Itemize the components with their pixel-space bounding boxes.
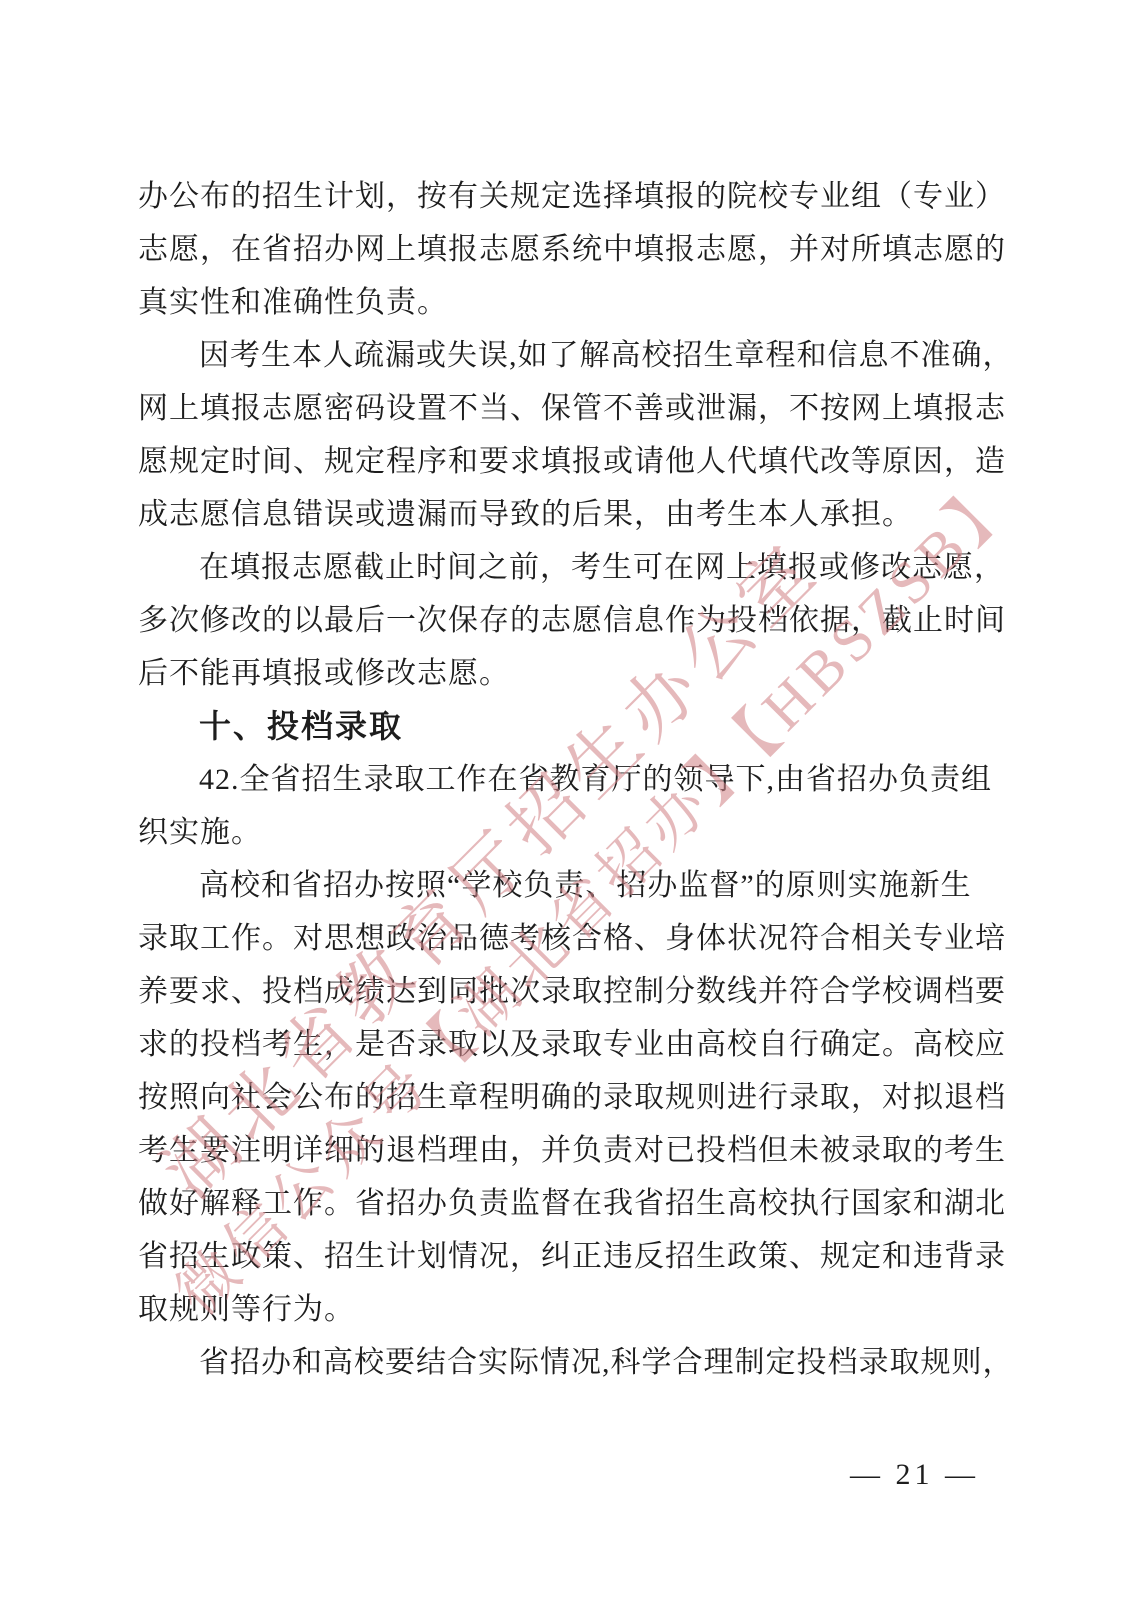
text-line: 做好解释工作。省招办负责监督在我省招生高校执行国家和湖北 (138, 1177, 993, 1230)
text-line: 真实性和准确性负责。 (138, 276, 993, 329)
text-line: 愿规定时间、规定程序和要求填报或请他人代填代改等原因，造 (138, 435, 993, 488)
text-line: 省招生政策、招生计划情况，纠正违反招生政策、规定和违背录 (138, 1230, 993, 1283)
paragraph-deadline-modify: 在填报志愿截止时间之前，考生可在网上填报或修改志愿， 多次修改的以最后一次保存的… (138, 541, 993, 700)
text-line: 养要求、投档成绩达到同批次录取控制分数线并符合学校调档要 (138, 965, 993, 1018)
section-heading-admission: 十、投档录取 (138, 700, 993, 753)
text-line: 求的投档考生，是否录取以及录取专业由高校自行确定。高校应 (138, 1018, 993, 1071)
text-line: 在填报志愿截止时间之前，考生可在网上填报或修改志愿， (138, 541, 993, 594)
paragraph-candidate-responsibility: 因考生本人疏漏或失误,如了解高校招生章程和信息不准确， 网上填报志愿密码设置不当… (138, 329, 993, 541)
text-line: 录取工作。对思想政治品德考核合格、身体状况符合相关专业培 (138, 912, 993, 965)
paragraph-school-responsibility: 高校和省招办按照“学校负责、招办监督”的原则实施新生 录取工作。对思想政治品德考… (138, 859, 993, 1336)
document-body: 办公布的招生计划，按有关规定选择填报的院校专业组（专业） 志愿，在省招办网上填报… (138, 170, 993, 1389)
paragraph-rules-making: 省招办和高校要结合实际情况,科学合理制定投档录取规则， (138, 1336, 993, 1389)
text-line: 志愿，在省招办网上填报志愿系统中填报志愿，并对所填志愿的 (138, 223, 993, 276)
page-number: — 21 — (850, 1458, 979, 1492)
section-heading-text: 十、投档录取 (138, 700, 993, 753)
text-line: 考生要注明详细的退档理由，并负责对已投档但未被录取的考生 (138, 1124, 993, 1177)
text-line: 取规则等行为。 (138, 1283, 993, 1336)
text-line: 后不能再填报或修改志愿。 (138, 647, 993, 700)
text-line: 多次修改的以最后一次保存的志愿信息作为投档依据，截止时间 (138, 594, 993, 647)
text-line: 按照向社会公布的招生章程明确的录取规则进行录取，对拟退档 (138, 1071, 993, 1124)
text-line: 办公布的招生计划，按有关规定选择填报的院校专业组（专业） (138, 170, 993, 223)
document-page: 湖北省教育厅招生办公室 微信公众号【湖北省招办】【HBSZSB】 办公布的招生计… (0, 0, 1131, 1600)
text-line: 成志愿信息错误或遗漏而导致的后果，由考生本人承担。 (138, 488, 993, 541)
text-line: 42.全省招生录取工作在省教育厅的领导下,由省招办负责组 (138, 753, 993, 806)
text-line: 网上填报志愿密码设置不当、保管不善或泄漏，不按网上填报志 (138, 382, 993, 435)
text-line: 省招办和高校要结合实际情况,科学合理制定投档录取规则， (138, 1336, 993, 1389)
paragraph-item-42: 42.全省招生录取工作在省教育厅的领导下,由省招办负责组 织实施。 (138, 753, 993, 859)
text-line: 因考生本人疏漏或失误,如了解高校招生章程和信息不准确， (138, 329, 993, 382)
text-line: 织实施。 (138, 806, 993, 859)
paragraph-volunteer-fill: 办公布的招生计划，按有关规定选择填报的院校专业组（专业） 志愿，在省招办网上填报… (138, 170, 993, 329)
text-line: 高校和省招办按照“学校负责、招办监督”的原则实施新生 (138, 859, 993, 912)
